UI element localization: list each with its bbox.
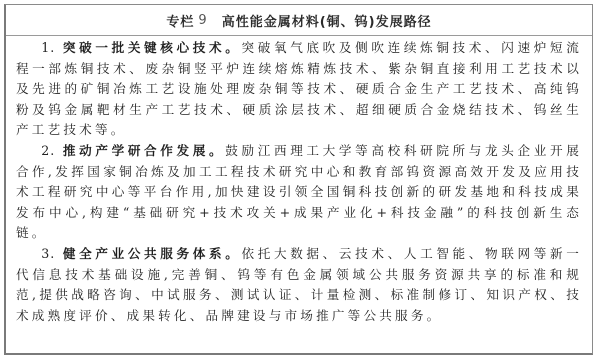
item-heading: 健全产业公共服务体系。 [63,246,242,261]
box-number: 9 [198,13,207,28]
paragraph-2: 2. 推动产学研合作发展。鼓励江西理工大学等高校科研院所与龙头企业开展合作,发挥… [16,141,582,244]
paragraph-1: 1. 突破一批关键核心技术。突破氧气底吹及侧吹连续炼铜技术、闪速炉短流程一部炼铜… [16,38,582,141]
item-number: 1. [41,40,55,55]
item-number: 2. [41,143,55,158]
item-heading: 推动产学研合作发展。 [63,143,225,158]
box-title: 专栏 9 高性能金属材料(铜、钨)发展路径 [6,5,592,36]
box-content: 1. 突破一批关键核心技术。突破氧气底吹及侧吹连续炼铜技术、闪速炉短流程一部炼铜… [6,36,592,326]
box-title-text: 高性能金属材料(铜、钨)发展路径 [222,11,432,30]
item-heading: 突破一批关键核心技术。 [63,40,242,55]
paragraph-3: 3. 健全产业公共服务体系。依托大数据、云技术、人工智能、物联网等新一代信息技术… [16,244,582,326]
box-label: 专栏 [166,11,194,30]
feature-box: 专栏 9 高性能金属材料(铜、钨)发展路径 1. 突破一批关键核心技术。突破氧气… [4,4,593,355]
item-number: 3. [41,246,55,261]
